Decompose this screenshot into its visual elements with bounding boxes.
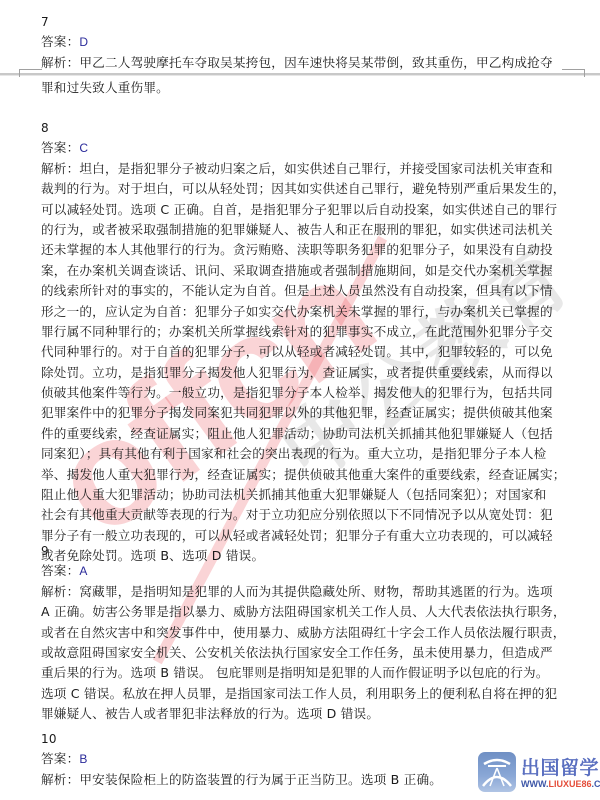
question-number: 10: [41, 729, 561, 749]
explanation-line: 同案犯）；具有其他有利于国家和社会的突出表现的行为。重大立功，是指犯罪分子本人检: [41, 444, 561, 464]
question-number: 8: [41, 118, 561, 138]
explanation-line: 的线索所针对的事实的，不能认定为自首。但是上述人员虽然没有自动投案，但具有以下情: [41, 281, 561, 301]
question-8: 8 答案：C 解析：坦白，是指犯罪分子被动归案之后，如实供述自己罪行，并接受国家…: [41, 118, 561, 567]
answer-value: C: [79, 141, 88, 155]
document-page: offcn 中公教育 7 答案：D 解析：甲乙二人驾驶摩托车夺取吴某挎包，因车速…: [0, 0, 600, 800]
explanation-line: 举、揭发他人重大犯罪行为，经查证属实；提供侦破其他重大案件的重要线索，经查证属实…: [41, 465, 561, 485]
answer-value: B: [79, 752, 87, 766]
explanation-line: 罪行属不同种罪行的；办案机关所掌握线索针对的犯罪事实不成立，在此范围外犯罪分子交: [41, 322, 561, 342]
explanation-line: 案，在办案机关调查谈话、讯问、采取调查措施或者强制措施期间，如是交代办案机关掌握: [41, 261, 561, 281]
answer-value: D: [79, 35, 88, 49]
question-number: 7: [41, 12, 561, 32]
question-7-continued: 罪和过失致人重伤罪。: [41, 78, 561, 98]
answer-line: 答案：A: [41, 561, 561, 581]
liuxue86-logo: 出国留学网 WWW.LIUXUE86.COM: [478, 752, 598, 796]
logo-title: 出国留学网: [521, 753, 600, 780]
answer-value: A: [79, 564, 87, 578]
explanation-line: 侦破其他案件等行为。一般立功，是指犯罪分子本人检举、揭发他人的犯罪行为，包括共同: [41, 383, 561, 403]
explanation-line: 阻止他人重大犯罪活动；协助司法机关抓捕其他重大犯罪嫌疑人（包括同案犯）；对国家和: [41, 485, 561, 505]
logo-url: WWW.LIUXUE86.COM: [521, 779, 600, 789]
explanation-line: 形之一的，应认定为自首：犯罪分子如实交代办案机关未掌握的罪行，与办案机关已掌握的: [41, 302, 561, 322]
globe-icon: [478, 752, 516, 792]
explanation-line: 件的重要线索，经查证属实；阻止他人犯罪活动；协助司法机关抓捕其他犯罪嫌疑人（包括: [41, 424, 561, 444]
explanation-line: 还未掌握的本人其他罪行的行为。贪污贿赂、渎职等职务犯罪的犯罪分子，如果没有自动投: [41, 240, 561, 260]
explanation-line: 代同种罪行的。对于自首的犯罪分子，可以从轻或者减轻处罚。其中，犯罪较轻的，可以免: [41, 342, 561, 362]
answer-line: 答案：D: [41, 32, 561, 52]
explanation-line: 社会有其他重大贡献等表现的行为。对于立功犯应分别依照以下不同情况予以从宽处罚：犯: [41, 505, 561, 525]
explanation-line: 或故意阻碍国家安全机关、公安机关依法执行国家安全工作任务，虽未使用暴力，但造成严: [41, 643, 561, 663]
answer-line: 答案：C: [41, 138, 561, 158]
explanation-line: 犯罪案件中的犯罪分子揭发同案犯共同犯罪以外的其他犯罪，经查证属实；提供侦破其他案: [41, 403, 561, 423]
question-9: 9 答案：A 解析：窝藏罪，是指明知是犯罪的人而为其提供隐藏处所、财物，帮助其逃…: [41, 541, 561, 725]
explanation-line: 可以减轻处罚。选项 C 正确。自首，是指犯罪分子犯罪以后自动投案，如实供述自己的…: [41, 200, 561, 220]
explanation-line: 解析：甲乙二人驾驶摩托车夺取吴某挎包，因车速快将吴某带倒，致其重伤，甲乙构成抢夺: [41, 53, 561, 73]
explanation-line: 解析：坦白，是指犯罪分子被动归案之后，如实供述自己罪行，并接受国家司法机关审查和: [41, 159, 561, 179]
page-corner-mark-left: [19, 69, 42, 77]
explanation-line: 裁判的行为。对于坦白，可以从轻处罚；因其如实供述自己罪行，避免特别严重后果发生的…: [41, 179, 561, 199]
explanation-line: 解析：窝藏罪，是指明知是犯罪的人而为其提供隐藏处所、财物，帮助其逃匿的行为。选项: [41, 582, 561, 602]
explanation-line: 罪嫌疑人、被告人或者罪犯非法释放的行为。选项 D 错误。: [41, 704, 561, 724]
explanation-line: 的行为，或者被采取强制措施的犯罪嫌疑人、被告人和正在服刑的罪犯，如实供述司法机关: [41, 220, 561, 240]
explanation-line: 或者在自然灾害中和突发事件中，使用暴力、威胁方法阻碍红十字会工作人员依法履行职责…: [41, 623, 561, 643]
explanation-line: 重后果的行为。选项 B 错误。 包庇罪则是指明知是犯罪的人而作假证明予以包庇的行…: [41, 663, 561, 683]
explanation-line: 除处罚。立功，是指犯罪分子揭发他人犯罪行为，查证属实，或者提供重要线索，从而得以: [41, 363, 561, 383]
page-break-line: [0, 73, 600, 76]
explanation-line: A 正确。妨害公务罪是指以暴力、威胁方法阻碍国家机关工作人员、人大代表依法执行职…: [41, 602, 561, 622]
explanation-line: 选项 C 错误。私放在押人员罪，是指国家司法工作人员，利用职务上的便利私自将在押…: [41, 684, 561, 704]
page-corner-mark-right: [562, 69, 585, 77]
explanation-line: 罪和过失致人重伤罪。: [41, 78, 561, 98]
question-7: 7 答案：D 解析：甲乙二人驾驶摩托车夺取吴某挎包，因车速快将吴某带倒，致其重伤…: [41, 12, 561, 73]
question-number: 9: [41, 541, 561, 561]
